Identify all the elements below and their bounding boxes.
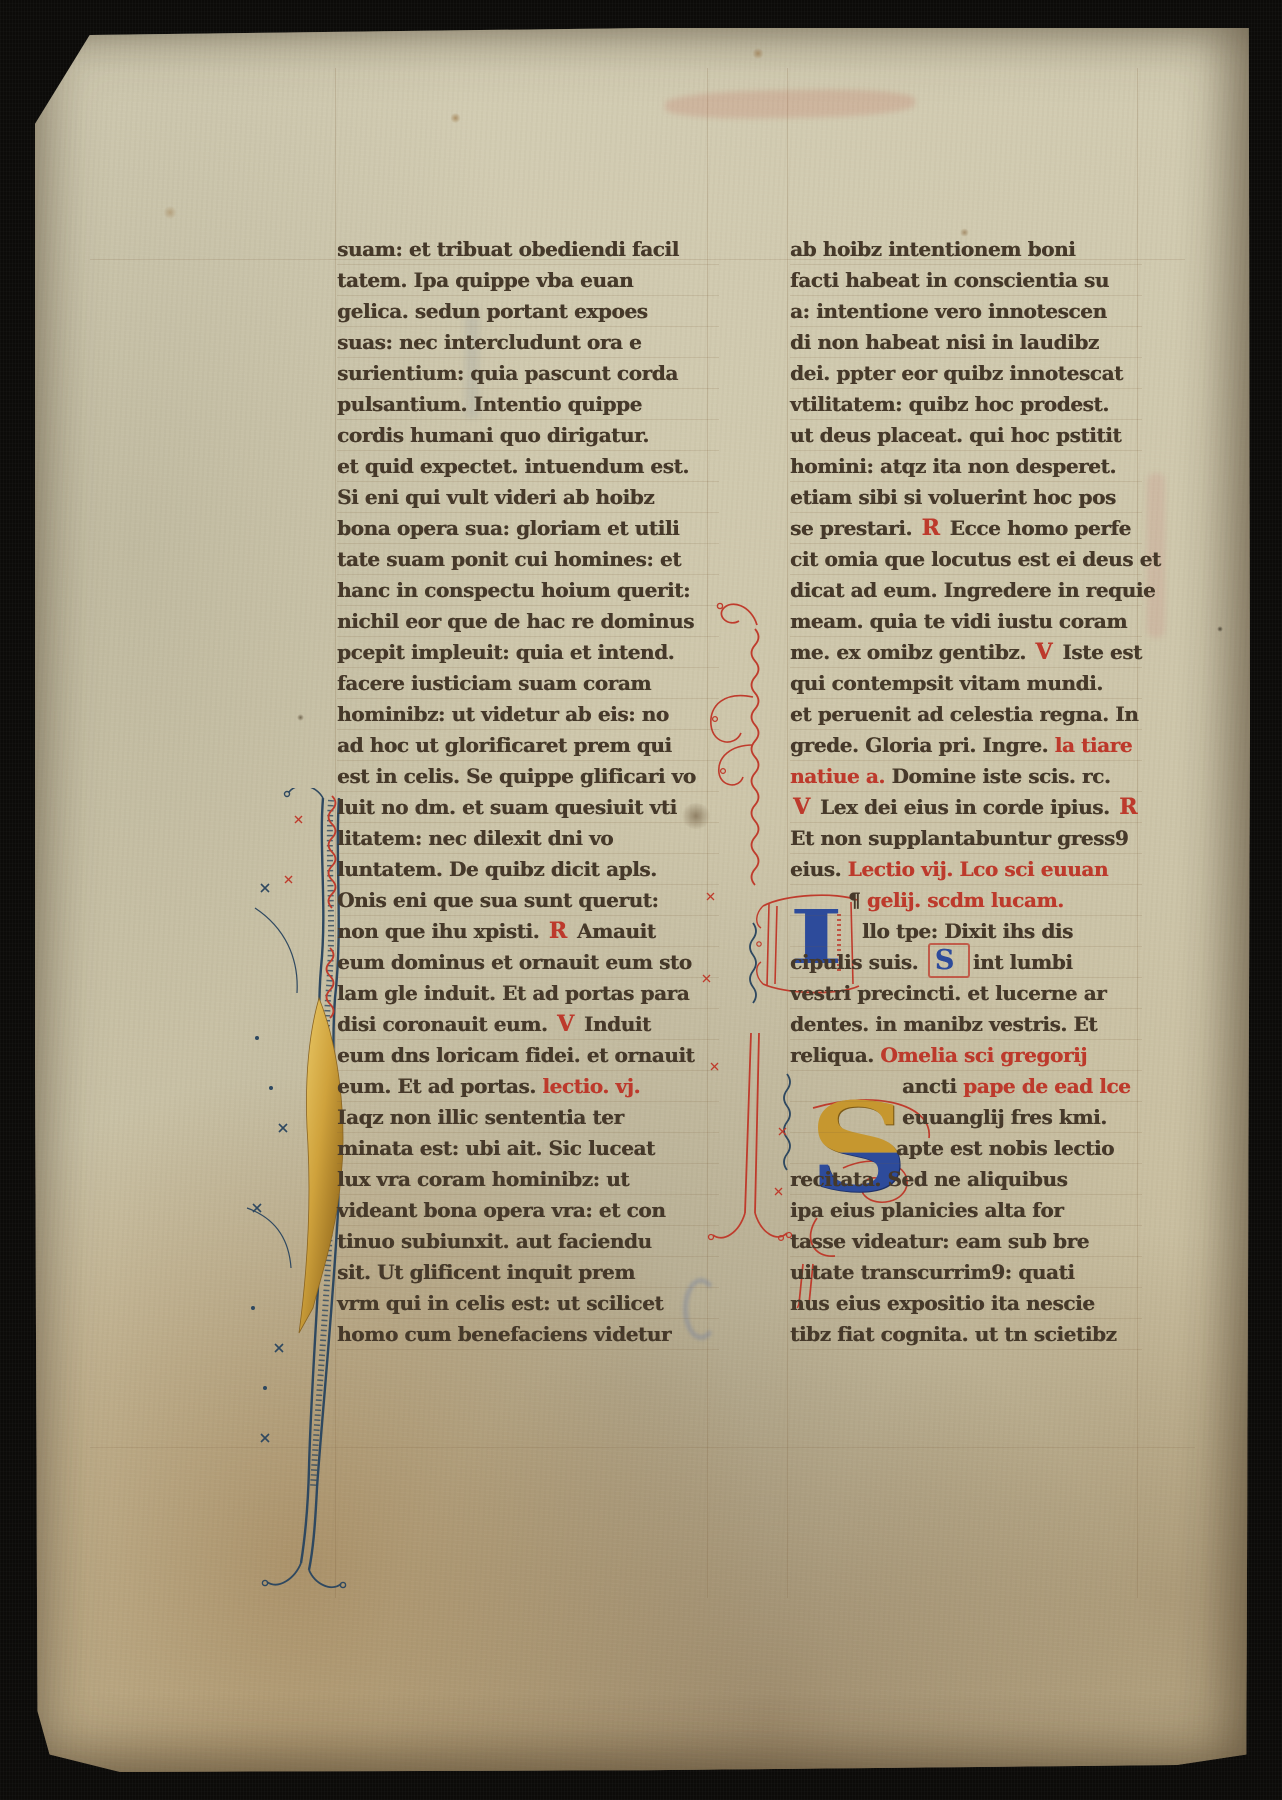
text-segment-ink: surientium: quia pascunt corda (337, 361, 678, 385)
text-line: ab hoibz intentionem boni (790, 234, 1142, 265)
text-segment-ink: nus eius expositio ita nescie (790, 1291, 1095, 1315)
text-line: gelica. sedun portant expoes (337, 296, 719, 327)
text-line: Et non supplantabuntur gress9 (790, 823, 1142, 854)
text-line: vtilitatem: quibz hoc prodest. (790, 389, 1142, 420)
text-line: est in celis. Se quippe glificari vo (337, 761, 719, 792)
text-segment-ink: apte est nobis lectio (896, 1136, 1114, 1160)
text-segment-ink: etiam sibi si voluerint hoc pos (790, 485, 1116, 509)
text-line: facti habeat in conscientia su (790, 265, 1142, 296)
text-segment-ink: homo cum benefaciens videtur (337, 1322, 671, 1346)
text-segment-ink: lux vra coram hominibz: ut (337, 1167, 629, 1191)
text-segment-ink: Onis eni que sua sunt querut: (337, 888, 658, 912)
text-line: qui contempsit vitam mundi. (790, 668, 1142, 699)
text-line: minata est: ubi ait. Sic luceat (337, 1133, 719, 1164)
text-segment-red: natiue a. (790, 764, 891, 788)
text-line: et quid expectet. intuendum est. (337, 451, 719, 482)
text-line: eius. Lectio vij. Lco sci euuan (790, 854, 1142, 885)
text-line: ad hoc ut glorificaret prem qui (337, 730, 719, 761)
text-line: et peruenit ad celestia regna. In (790, 699, 1142, 730)
text-segment-red: Omelia sci gregorij (880, 1043, 1087, 1067)
text-line: eum dominus et ornauit eum sto (337, 947, 719, 978)
text-segment-ink: gelica. sedun portant expoes (337, 299, 648, 323)
book-fore-edge-pages (1247, 120, 1282, 1780)
text-segment-blueinit: S (928, 943, 970, 978)
text-line: tinuo subiunxit. aut faciendu (337, 1226, 719, 1257)
text-line: luit no dm. et suam quesiuit vti (337, 792, 719, 823)
text-segment-ink: vrm qui in celis est: ut scilicet (337, 1291, 663, 1315)
text-segment-ink: et quid expectet. intuendum est. (337, 454, 689, 478)
text-segment-mark: R (546, 918, 577, 944)
text-line: me. ex omibz gentibz. V Iste est (790, 637, 1142, 668)
stain-spot (1217, 626, 1223, 632)
text-segment-ink: tatem. Ipa quippe vba euan (337, 268, 633, 292)
text-segment-ink: et peruenit ad celestia regna. In (790, 702, 1138, 726)
text-line: ¶ gelij. scdm lucam. (790, 885, 1142, 916)
text-segment-ink: me. ex omibz gentibz. (790, 640, 1032, 664)
text-segment-ink: bona opera sua: gloriam et utili (337, 516, 679, 540)
text-segment-ink: se prestari. (790, 516, 919, 540)
text-segment-mark: R (1116, 794, 1140, 820)
text-segment-ink: dei. ppter eor quibz innotescat (790, 361, 1123, 385)
text-line: apte est nobis lectio (790, 1133, 1142, 1164)
text-line: reliqua. Omelia sci gregorij (790, 1040, 1142, 1071)
text-segment-red: la tiare (1055, 733, 1132, 757)
text-line: ancti pape de ead lce (790, 1071, 1142, 1102)
text-line: videant bona opera vra: et con (337, 1195, 719, 1226)
text-segment-ink: homini: atqz ita non desperet. (790, 454, 1116, 478)
text-line: homini: atqz ita non desperet. (790, 451, 1142, 482)
text-segment-ink: ancti (902, 1074, 963, 1098)
text-line: Si eni qui vult videri ab hoibz (337, 482, 719, 513)
text-segment-ink: tibz fiat cognita. ut tn scietibz (790, 1322, 1117, 1346)
text-segment-ink: recitata. Sed ne aliquibus (790, 1167, 1067, 1191)
stain-spot (297, 714, 304, 721)
text-segment-ink: grede. Gloria pri. Ingre. (790, 733, 1055, 757)
text-segment-ink: dentes. in manibz vestris. Et (790, 1012, 1097, 1036)
text-segment-ink: videant bona opera vra: et con (337, 1198, 665, 1222)
text-segment-ink: suas: nec intercludunt ora e (337, 330, 641, 354)
text-line: nus eius expositio ita nescie (790, 1288, 1142, 1319)
text-segment-mark: V (554, 1011, 584, 1037)
text-line: dentes. in manibz vestris. Et (790, 1009, 1142, 1040)
text-line: eum. Et ad portas. lectio. vj. (337, 1071, 719, 1102)
text-segment-ink: vtilitatem: quibz hoc prodest. (790, 392, 1109, 416)
text-line: facere iusticiam suam coram (337, 668, 719, 699)
manuscript-photo: I S S suam: et tribuat obediendi facil t… (0, 0, 1282, 1800)
text-line: etiam sibi si voluerint hoc pos (790, 482, 1142, 513)
text-segment-ink: dicat ad eum. Ingredere in requie (790, 578, 1155, 602)
text-segment-ink: uitate transcurrim9: quati (790, 1260, 1075, 1284)
text-segment-ink: vestri precincti. et lucerne ar (790, 981, 1106, 1005)
text-segment-ink: Induit (584, 1012, 651, 1036)
text-line: Onis eni que sua sunt querut: (337, 885, 719, 916)
text-segment-ink: hanc in conspectu hoium querit: (337, 578, 690, 602)
stain-spot (450, 113, 461, 123)
text-segment-ink: facti habeat in conscientia su (790, 268, 1109, 292)
text-segment-ink: cordis humani quo dirigatur. (337, 423, 649, 447)
text-line: eum dns loricam fidei. et ornauit (337, 1040, 719, 1071)
text-segment-ink: Domine iste scis. rc. (891, 764, 1110, 788)
text-line: recitata. Sed ne aliquibus (790, 1164, 1142, 1195)
text-line: tatem. Ipa quippe vba euan (337, 265, 719, 296)
text-line: dei. ppter eor quibz innotescat (790, 358, 1142, 389)
text-line: lux vra coram hominibz: ut (337, 1164, 719, 1195)
text-line: tasse videatur: eam sub bre (790, 1226, 1142, 1257)
text-line: lam gle induit. Et ad portas para (337, 978, 719, 1009)
red-showthrough-mark (665, 88, 915, 120)
text-segment-ink: euuanglij fres kmi. (902, 1105, 1107, 1129)
text-line: luntatem. De quibz dicit apls. (337, 854, 719, 885)
text-line: meam. quia te vidi iustu coram (790, 606, 1142, 637)
text-segment-ink: meam. quia te vidi iustu coram (790, 609, 1127, 633)
text-line: suas: nec intercludunt ora e (337, 327, 719, 358)
text-line: tibz fiat cognita. ut tn scietibz (790, 1319, 1142, 1350)
text-segment-ink: Iste est (1062, 640, 1142, 664)
text-segment-ink: llo tpe: Dixit ihs dis (862, 919, 1073, 943)
text-line: euuanglij fres kmi. (790, 1102, 1142, 1133)
text-segment-red: gelij. scdm lucam. (867, 888, 1064, 912)
text-line: tate suam ponit cui homines: et (337, 544, 719, 575)
text-line: cordis humani quo dirigatur. (337, 420, 719, 451)
text-segment-ink: qui contempsit vitam mundi. (790, 671, 1103, 695)
text-segment-ink: ut deus placeat. qui hoc pstitit (790, 423, 1121, 447)
text-segment-ink: Iaqz non illic sententia ter (337, 1105, 624, 1129)
text-segment-ink: hominibz: ut videtur ab eis: no (337, 702, 669, 726)
text-line: disi coronauit eum. V Induit (337, 1009, 719, 1040)
text-line: uitate transcurrim9: quati (790, 1257, 1142, 1288)
text-line: litatem: nec dilexit dni vo (337, 823, 719, 854)
text-segment-ink: cit omia que locutus est ei deus et (790, 547, 1161, 571)
text-segment-ink: est in celis. Se quippe glificari vo (337, 764, 696, 788)
text-segment-ink: minata est: ubi ait. Sic luceat (337, 1136, 655, 1160)
stain-spot (752, 48, 764, 59)
text-segment-ink: eum dominus et ornauit eum sto (337, 950, 692, 974)
text-line: natiue a. Domine iste scis. rc. (790, 761, 1142, 792)
text-segment-ink: Et non supplantabuntur gress9 (790, 826, 1128, 850)
text-line: pcepit impleuit: quia et intend. (337, 637, 719, 668)
text-segment-ink: suam: et tribuat obediendi facil (337, 237, 679, 261)
text-line: bona opera sua: gloriam et utili (337, 513, 719, 544)
text-line: pulsantium. Intentio quippe (337, 389, 719, 420)
text-segment-ink: litatem: nec dilexit dni vo (337, 826, 613, 850)
text-column-left: suam: et tribuat obediendi facil tatem. … (337, 234, 719, 1350)
text-column-right: ab hoibz intentionem boni facti habeat i… (790, 234, 1142, 1350)
text-segment-ink: ad hoc ut glorificaret prem qui (337, 733, 672, 757)
text-segment-ink: tasse videatur: eam sub bre (790, 1229, 1089, 1253)
text-line: homo cum benefaciens videtur (337, 1319, 719, 1350)
text-segment-ink: eius. (790, 857, 848, 881)
text-segment-ink: Ecce homo perfe (950, 516, 1131, 540)
text-segment-mark: V (1032, 639, 1062, 665)
text-segment-ink: a: intentione vero innotescen (790, 299, 1107, 323)
text-line: hominibz: ut videtur ab eis: no (337, 699, 719, 730)
text-segment-ink: di non habeat nisi in laudibz (790, 330, 1099, 354)
text-segment-ink: disi coronauit eum. (337, 1012, 554, 1036)
text-segment-ink: ab hoibz intentionem boni (790, 237, 1075, 261)
text-segment-red: Lectio vij. Lco sci euuan (848, 857, 1108, 881)
text-line: dicat ad eum. Ingredere in requie (790, 575, 1142, 606)
text-segment-mark: R (919, 515, 950, 541)
text-line: suam: et tribuat obediendi facil (337, 234, 719, 265)
text-segment-ink: ¶ (848, 888, 867, 912)
stain-spot (163, 206, 177, 219)
text-segment-ink: Lex dei eius in corde ipius. (820, 795, 1116, 819)
text-line: cit omia que locutus est ei deus et (790, 544, 1142, 575)
text-line: grede. Gloria pri. Ingre. la tiare (790, 730, 1142, 761)
text-line: vestri precincti. et lucerne ar (790, 978, 1142, 1009)
text-segment-mark: V (790, 794, 820, 820)
text-segment-ink: reliqua. (790, 1043, 880, 1067)
text-segment-red: lectio. vj. (542, 1074, 640, 1098)
text-segment-ink: Amauit (577, 919, 656, 943)
text-line: vrm qui in celis est: ut scilicet (337, 1288, 719, 1319)
text-line: surientium: quia pascunt corda (337, 358, 719, 389)
text-segment-ink: luit no dm. et suam quesiuit vti (337, 795, 677, 819)
text-line: cipulis suis. S int lumbi (790, 947, 1142, 978)
text-line: di non habeat nisi in laudibz (790, 327, 1142, 358)
text-line: se prestari. R Ecce homo perfe (790, 513, 1142, 544)
text-segment-red: pape de ead lce (963, 1074, 1130, 1098)
text-segment-ink: lam gle induit. Et ad portas para (337, 981, 689, 1005)
text-segment-ink: facere iusticiam suam coram (337, 671, 651, 695)
text-segment-ink: tate suam ponit cui homines: et (337, 547, 681, 571)
text-segment-ink: Si eni qui vult videri ab hoibz (337, 485, 654, 509)
text-segment-ink: cipulis suis. (790, 950, 925, 974)
text-line: sit. Ut glificent inquit prem (337, 1257, 719, 1288)
text-segment-ink: pulsantium. Intentio quippe (337, 392, 642, 416)
text-segment-ink: nichil eor que de hac re dominus (337, 609, 694, 633)
text-segment-ink: eum dns loricam fidei. et ornauit (337, 1043, 694, 1067)
text-segment-ink: int lumbi (973, 950, 1073, 974)
text-line: ut deus placeat. qui hoc pstitit (790, 420, 1142, 451)
text-segment-ink: non que ihu xpisti. (337, 919, 546, 943)
text-line: ipa eius planicies alta for (790, 1195, 1142, 1226)
text-line: hanc in conspectu hoium querit: (337, 575, 719, 606)
text-segment-ink: tinuo subiunxit. aut faciendu (337, 1229, 652, 1253)
text-line: a: intentione vero innotescen (790, 296, 1142, 327)
text-segment-ink: luntatem. De quibz dicit apls. (337, 857, 657, 881)
text-segment-ink: ipa eius planicies alta for (790, 1198, 1063, 1222)
text-segment-ink: sit. Ut glificent inquit prem (337, 1260, 635, 1284)
text-line: non que ihu xpisti. R Amauit (337, 916, 719, 947)
text-line: nichil eor que de hac re dominus (337, 606, 719, 637)
text-segment-ink: pcepit impleuit: quia et intend. (337, 640, 674, 664)
parchment-page: I S S suam: et tribuat obediendi facil t… (35, 28, 1250, 1772)
text-segment-ink: eum. Et ad portas. (337, 1074, 542, 1098)
text-line: Iaqz non illic sententia ter (337, 1102, 719, 1133)
text-line: V Lex dei eius in corde ipius. R (790, 792, 1142, 823)
